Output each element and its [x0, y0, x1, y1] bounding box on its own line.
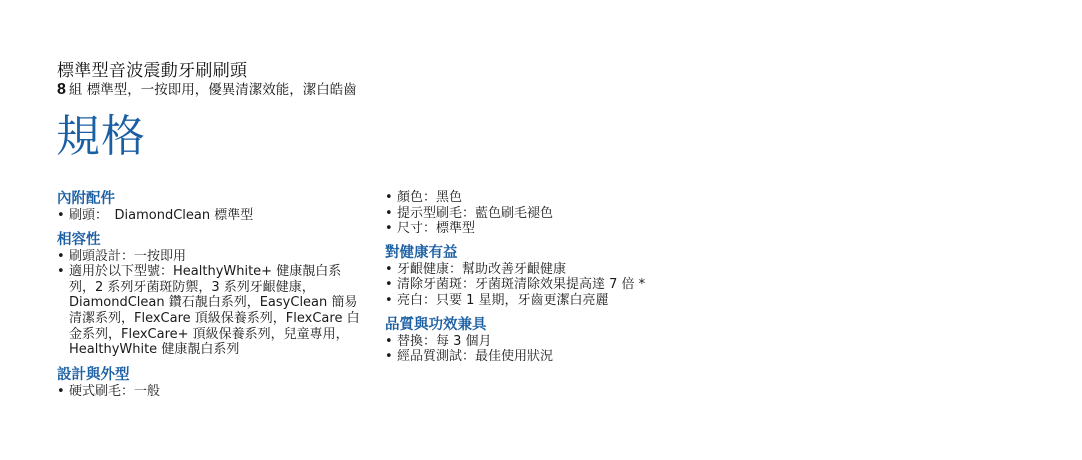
- list-item-text: 適用於以下型號：HealthyWhite+ 健康靚白系列，2 系列牙菌斑防禦，3…: [69, 264, 360, 357]
- section-title: 設計與外型: [57, 366, 377, 384]
- design-attributes-list: • 顏色：黑色 • 提示型刷毛：藍色刷毛褪色 • 尺寸：標準型: [385, 190, 705, 237]
- section-list: • 牙齦健康：幫助改善牙齦健康 • 清除牙菌斑：牙菌斑清除效果提高達 7 倍 *…: [385, 262, 705, 309]
- section-title: 內附配件: [57, 190, 377, 208]
- section-title: 相容性: [57, 231, 377, 249]
- list-item: • 亮白：只要 1 星期，牙齒更潔白亮麗: [385, 293, 705, 309]
- bullet-icon: •: [57, 208, 65, 224]
- list-item-text: 替換：每 3 個月: [397, 334, 492, 349]
- list-item-text: 硬式刷毛：一般: [69, 384, 160, 399]
- section-title: 品質與功效兼具: [385, 316, 705, 334]
- product-header: 標準型音波震動牙刷刷頭 8組 標準型，一按即用，優異清潔效能，潔白皓齒: [57, 61, 357, 99]
- spec-column-right: • 顏色：黑色 • 提示型刷毛：藍色刷毛褪色 • 尺寸：標準型 對健康有益 • …: [385, 190, 705, 365]
- section-list: • 刷頭設計：一按即用 • 適用於以下型號：HealthyWhite+ 健康靚白…: [57, 249, 377, 358]
- section-included-accessories: 內附配件 • 刷頭： DiamondClean 標準型: [57, 190, 377, 224]
- bullet-icon: •: [57, 384, 65, 400]
- bullet-icon: •: [385, 277, 393, 293]
- spec-heading: 規格: [56, 110, 146, 164]
- list-item: • 替換：每 3 個月: [385, 334, 705, 350]
- list-item: • 經品質測試：最佳使用狀況: [385, 349, 705, 365]
- subtitle-text: 組 標準型，一按即用，優異清潔效能，潔白皓齒: [69, 82, 357, 98]
- section-title: 對健康有益: [385, 244, 705, 262]
- bullet-icon: •: [385, 262, 393, 278]
- section-quality-performance: 品質與功效兼具 • 替換：每 3 個月 • 經品質測試：最佳使用狀況: [385, 316, 705, 365]
- list-item-text: 亮白：只要 1 星期，牙齒更潔白亮麗: [397, 293, 609, 308]
- bullet-icon: •: [385, 221, 393, 237]
- list-item-text: 牙齦健康：幫助改善牙齦健康: [397, 262, 566, 277]
- section-list: • 硬式刷毛：一般: [57, 384, 377, 400]
- spec-column-left: 內附配件 • 刷頭： DiamondClean 標準型 相容性 • 刷頭設計：一…: [57, 190, 377, 399]
- list-item: • 刷頭： DiamondClean 標準型: [57, 208, 377, 224]
- list-item: • 尺寸：標準型: [385, 221, 705, 237]
- list-item: • 顏色：黑色: [385, 190, 705, 206]
- list-item-text: 尺寸：標準型: [397, 221, 475, 236]
- product-subtitle: 8組 標準型，一按即用，優異清潔效能，潔白皓齒: [57, 81, 357, 99]
- bullet-icon: •: [385, 206, 393, 222]
- list-item-text: 刷頭設計：一按即用: [69, 249, 186, 264]
- list-item-text: 經品質測試：最佳使用狀況: [397, 349, 553, 364]
- list-item-text: 顏色：黑色: [397, 190, 462, 205]
- list-item-text: 清除牙菌斑：牙菌斑清除效果提高達 7 倍 *: [397, 277, 645, 292]
- section-list: • 刷頭： DiamondClean 標準型: [57, 208, 377, 224]
- list-item: • 硬式刷毛：一般: [57, 384, 377, 400]
- bullet-icon: •: [385, 334, 393, 350]
- bullet-icon: •: [57, 264, 65, 280]
- bullet-icon: •: [385, 190, 393, 206]
- bullet-icon: •: [385, 293, 393, 309]
- list-item-text: 提示型刷毛：藍色刷毛褪色: [397, 206, 553, 221]
- product-title: 標準型音波震動牙刷刷頭: [57, 61, 357, 81]
- section-list: • 替換：每 3 個月 • 經品質測試：最佳使用狀況: [385, 334, 705, 365]
- pack-count: 8: [57, 81, 66, 98]
- section-design: 設計與外型 • 硬式刷毛：一般: [57, 366, 377, 400]
- bullet-icon: •: [385, 349, 393, 365]
- list-item: • 適用於以下型號：HealthyWhite+ 健康靚白系列，2 系列牙菌斑防禦…: [57, 264, 365, 358]
- section-compatibility: 相容性 • 刷頭設計：一按即用 • 適用於以下型號：HealthyWhite+ …: [57, 231, 377, 358]
- section-health-benefits: 對健康有益 • 牙齦健康：幫助改善牙齦健康 • 清除牙菌斑：牙菌斑清除效果提高達…: [385, 244, 705, 309]
- list-item: • 提示型刷毛：藍色刷毛褪色: [385, 206, 705, 222]
- list-item: • 牙齦健康：幫助改善牙齦健康: [385, 262, 705, 278]
- list-item: • 刷頭設計：一按即用: [57, 249, 377, 265]
- list-item-text: 刷頭： DiamondClean 標準型: [69, 208, 253, 223]
- list-item: • 清除牙菌斑：牙菌斑清除效果提高達 7 倍 *: [385, 277, 705, 293]
- bullet-icon: •: [57, 249, 65, 265]
